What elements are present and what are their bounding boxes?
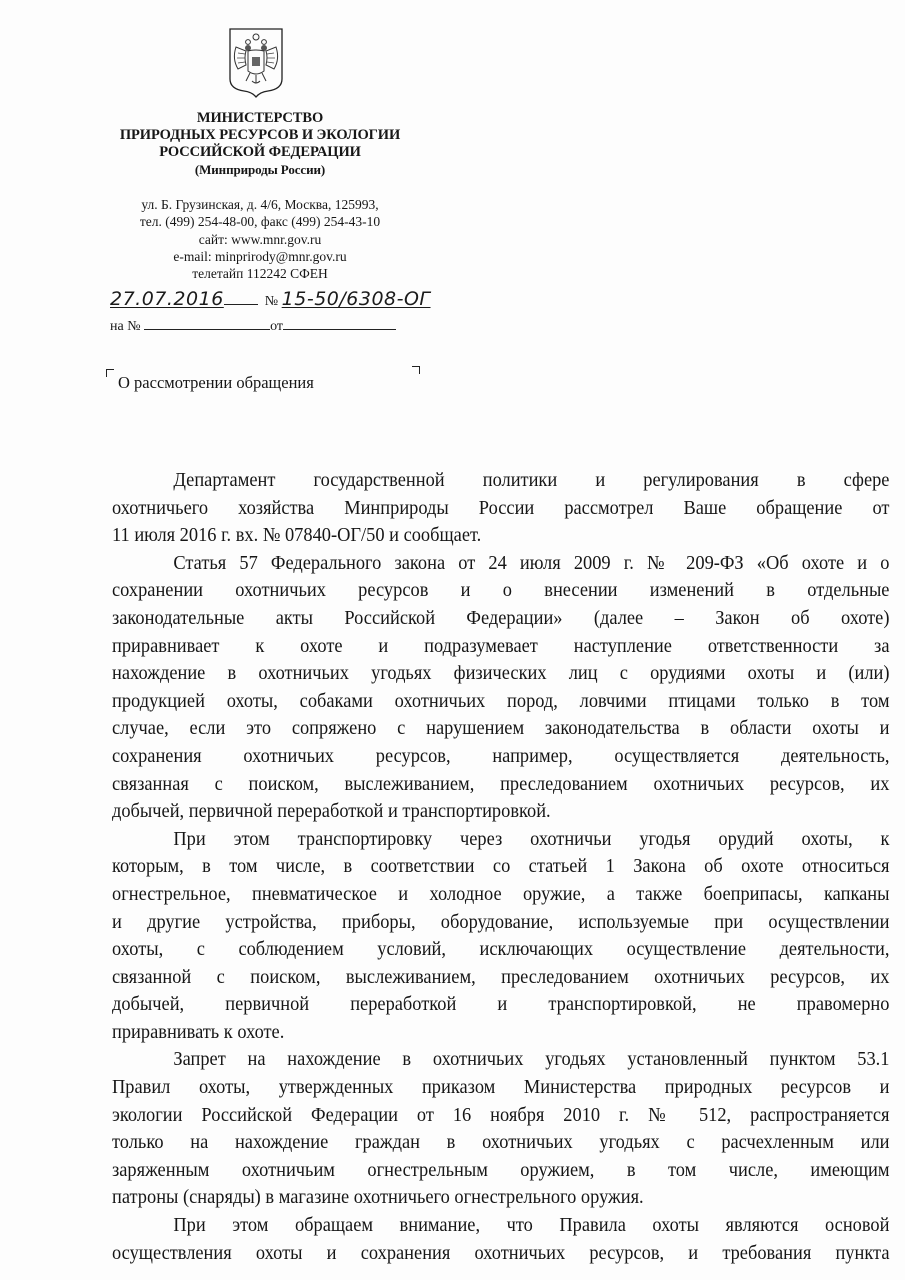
body-line: нахождение в охотничьих угодьях физическ… bbox=[112, 660, 889, 688]
body-line: При этом транспортировку через охотничьи… bbox=[112, 826, 889, 854]
body-line: связанная с поиском, выслеживанием, прес… bbox=[112, 771, 889, 799]
body-line: которым, в том числе, в соответствии со … bbox=[112, 853, 889, 881]
ministry-line: МИНИСТЕРСТВО bbox=[100, 110, 420, 127]
ministry-short-name: (Минприроды России) bbox=[100, 161, 420, 178]
body-line: продукцией охоты, собаками охотничьих по… bbox=[112, 688, 889, 716]
body-line: патроны (снаряды) в магазине охотничьего… bbox=[112, 1184, 889, 1212]
body-line: приравнивает к охоте и подразумевает нас… bbox=[112, 633, 889, 661]
body-line: законодательные акты Российской Федераци… bbox=[112, 605, 889, 633]
number-label: № bbox=[265, 294, 278, 309]
registration-row: 27.07.2016 № 15-50/6308-ОГ bbox=[110, 288, 431, 310]
body-line: добычей, первичной переработкой и трансп… bbox=[112, 798, 889, 826]
body-line: заряженным охотничьим огнестрельным оруж… bbox=[112, 1157, 889, 1185]
reply-number-blank bbox=[144, 315, 270, 330]
reply-reference-row: на № от bbox=[110, 315, 396, 335]
subject-bracket-left bbox=[106, 369, 114, 377]
body-line: Статья 57 Федерального закона от 24 июля… bbox=[112, 550, 889, 578]
reply-date-blank bbox=[283, 315, 396, 330]
ministry-line: ПРИРОДНЫХ РЕСУРСОВ И ЭКОЛОГИИ bbox=[100, 127, 420, 144]
body-line: Правил охоты, утвержденных приказом Мини… bbox=[112, 1074, 889, 1102]
letter-body: Департамент государственной политики и р… bbox=[112, 467, 889, 1267]
body-line: случае, если это сопряжено с нарушением … bbox=[112, 715, 889, 743]
body-line: охоты, с соблюдением условий, исключающи… bbox=[112, 936, 889, 964]
letter-subject: О рассмотрении обращения bbox=[118, 373, 314, 393]
outgoing-number: 15-50/6308-ОГ bbox=[282, 288, 431, 310]
body-line: осуществления охоты и сохранения охотнич… bbox=[112, 1240, 889, 1268]
body-line: 11 июля 2016 г. вх. № 07840-ОГ/50 и сооб… bbox=[112, 522, 889, 550]
body-line: огнестрельное, пневматическое и холодное… bbox=[112, 881, 889, 909]
reply-to-label: на № bbox=[110, 319, 141, 334]
address-line: ул. Б. Грузинская, д. 4/6, Москва, 12599… bbox=[100, 196, 420, 213]
body-line: только на нахождение граждан в охотничьи… bbox=[112, 1129, 889, 1157]
body-line: сохранении охотничьих ресурсов и о внесе… bbox=[112, 577, 889, 605]
date-line bbox=[224, 290, 258, 305]
body-line: приравнивать к охоте. bbox=[112, 1019, 889, 1047]
letter-page: МИНИСТЕРСТВО ПРИРОДНЫХ РЕСУРСОВ И ЭКОЛОГ… bbox=[0, 0, 905, 1280]
subject-bracket-right bbox=[412, 366, 420, 374]
body-line: сохранения охотничьих ресурсов, например… bbox=[112, 743, 889, 771]
body-line: добычей, первичной переработкой и трансп… bbox=[112, 991, 889, 1019]
from-label: от bbox=[270, 319, 283, 334]
email-line: e-mail: minprirody@mnr.gov.ru bbox=[100, 248, 420, 265]
outgoing-date: 27.07.2016 bbox=[110, 288, 224, 310]
ministry-line: РОССИЙСКОЙ ФЕДЕРАЦИИ bbox=[100, 144, 420, 161]
body-line: и другие устройства, приборы, оборудован… bbox=[112, 909, 889, 937]
body-line: связанной с поиском, выслеживанием, прес… bbox=[112, 964, 889, 992]
coat-of-arms-icon bbox=[228, 27, 284, 99]
ministry-name: МИНИСТЕРСТВО ПРИРОДНЫХ РЕСУРСОВ И ЭКОЛОГ… bbox=[100, 110, 420, 178]
body-line: Департамент государственной политики и р… bbox=[112, 467, 889, 495]
website-line: сайт: www.mnr.gov.ru bbox=[100, 231, 420, 248]
body-line: охотничьего хозяйства Минприроды России … bbox=[112, 495, 889, 523]
body-line: Запрет на нахождение в охотничьих угодья… bbox=[112, 1046, 889, 1074]
teletype-line: телетайп 112242 СФЕН bbox=[100, 265, 420, 282]
contact-block: ул. Б. Грузинская, д. 4/6, Москва, 12599… bbox=[100, 196, 420, 282]
phone-fax-line: тел. (499) 254-48-00, факс (499) 254-43-… bbox=[100, 213, 420, 230]
body-line: При этом обращаем внимание, что Правила … bbox=[112, 1212, 889, 1240]
body-line: экологии Российской Федерации от 16 нояб… bbox=[112, 1102, 889, 1130]
